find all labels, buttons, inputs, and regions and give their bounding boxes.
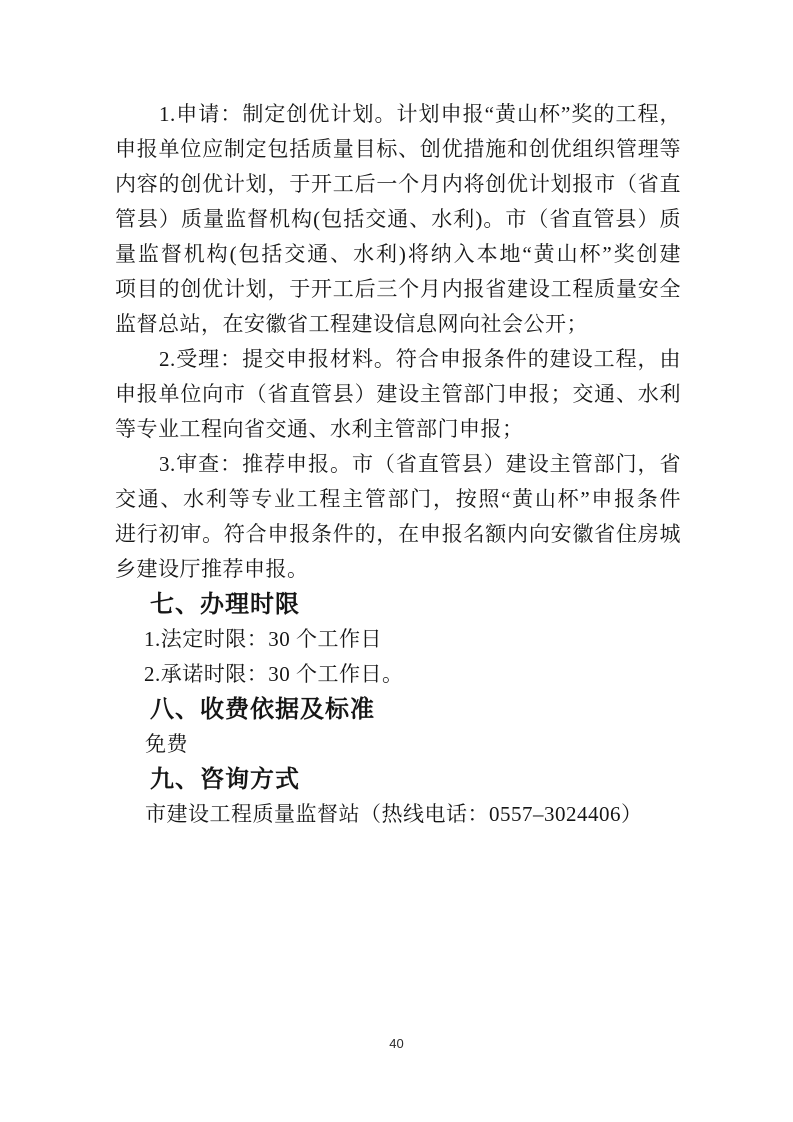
- text-line: 免费: [115, 727, 681, 762]
- paragraph-1-line: 申报单位应制定包括质量目标、创优措施和创优组织管理等: [115, 132, 681, 167]
- text-line: 市建设工程质量监督站（热线电话：0557–3024406）: [115, 797, 681, 832]
- document-page: 1.申请：制定创优计划。计划申报“黄山杯”奖的工程，申报单位应制定包括质量目标、…: [0, 0, 793, 1122]
- paragraph-1-line: 1.申请：制定创优计划。计划申报“黄山杯”奖的工程，: [115, 97, 681, 132]
- paragraph-3-line: 进行初审。符合申报条件的，在申报名额内向安徽省住房城: [115, 517, 681, 552]
- paragraph-2-line: 申报单位向市（省直管县）建设主管部门申报；交通、水利: [115, 377, 681, 412]
- paragraph-2-line: 2.受理：提交申报材料。符合申报条件的建设工程，由: [115, 342, 681, 377]
- paragraph-1-line: 监督总站，在安徽省工程建设信息网向社会公开；: [115, 307, 681, 342]
- paragraph-3-line: 3.审查：推荐申报。市（省直管县）建设主管部门，省: [115, 447, 681, 482]
- paragraph-3-line: 乡建设厅推荐申报。: [115, 552, 681, 587]
- paragraph-2-line: 等专业工程向省交通、水利主管部门申报；: [115, 412, 681, 447]
- section-heading: 九、咨询方式: [115, 762, 681, 797]
- section-heading: 八、收费依据及标准: [115, 692, 681, 727]
- paragraph-1-line: 管县）质量监督机构(包括交通、水利)。市（省直管县）质: [115, 202, 681, 237]
- paragraph-3-line: 交通、水利等专业工程主管部门，按照“黄山杯”申报条件: [115, 482, 681, 517]
- section-heading: 七、办理时限: [115, 587, 681, 622]
- paragraph-1-line: 项目的创优计划，于开工后三个月内报省建设工程质量安全: [115, 272, 681, 307]
- text-column: 1.申请：制定创优计划。计划申报“黄山杯”奖的工程，申报单位应制定包括质量目标、…: [115, 97, 681, 832]
- text-line: 1.法定时限：30 个工作日: [115, 622, 681, 657]
- page-number: 40: [0, 1036, 793, 1051]
- paragraph-1-line: 量监督机构(包括交通、水利)将纳入本地“黄山杯”奖创建: [115, 237, 681, 272]
- paragraph-1-line: 内容的创优计划，于开工后一个月内将创优计划报市（省直: [115, 167, 681, 202]
- text-line: 2.承诺时限：30 个工作日。: [115, 657, 681, 692]
